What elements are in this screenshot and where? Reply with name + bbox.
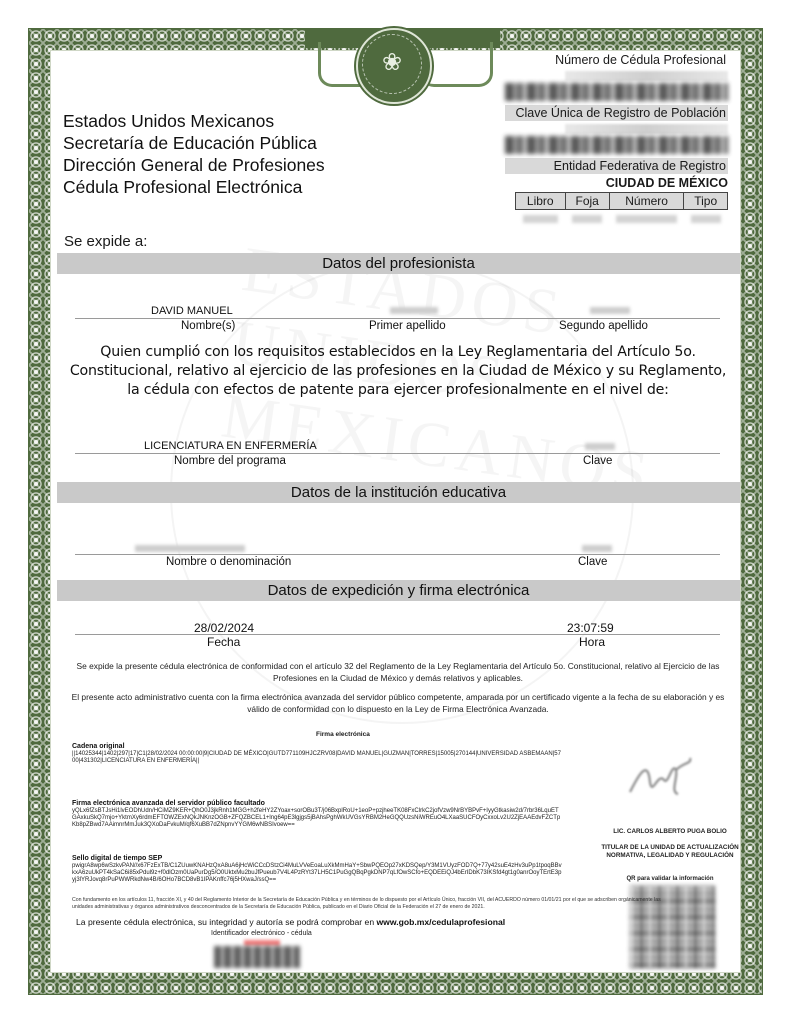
institution-line: Estados Unidos Mexicanos — [63, 110, 325, 132]
expide-label: Se expide a: — [64, 233, 147, 250]
hora-label: Hora — [579, 635, 605, 649]
sello-digital-block: Sello digital de tiempo SEP pwigrA8wp6wS… — [72, 855, 562, 884]
programa-underline — [75, 453, 720, 454]
qr-label: QR para validar la información — [590, 875, 750, 883]
fecha-value: 28/02/2024 — [194, 621, 254, 635]
tipo-redacted — [684, 210, 728, 229]
fundamento-legal: Con fundamento en los artículos 11, frac… — [72, 897, 672, 910]
foja-redacted — [565, 210, 609, 229]
handwritten-signature-icon — [620, 752, 700, 802]
nombres-label: Nombre(s) — [181, 320, 235, 332]
sello-digital-value: pwigrA8wp6wSzkvPAN//x67FzExTB/C1ZUuwKNAH… — [72, 863, 562, 883]
verify-statement: La presente cédula electrónica, su integ… — [76, 917, 505, 927]
col-foja: Foja — [565, 193, 609, 210]
firma-electronica-title: Firma electrónica — [316, 731, 370, 738]
institucion-underline — [75, 554, 720, 555]
primer-apellido-redacted — [390, 307, 438, 314]
firma-avanzada-block: Firma electrónica avanzada del servidor … — [72, 800, 562, 829]
expedicion-underline — [75, 634, 720, 635]
col-libro: Libro — [516, 193, 566, 210]
institucion-nombre-label: Nombre o denominación — [166, 556, 291, 568]
identificador-barcode — [214, 946, 300, 968]
libro-redacted — [516, 210, 566, 229]
registration-info: Número de Cédula Profesional Clave Única… — [505, 52, 728, 228]
cadena-original-value: ||14025344|1402|297|17|C1|28/02/2024 00:… — [72, 751, 561, 764]
legal-statement: Quien cumplió con los requisitos estable… — [62, 343, 734, 400]
expide-legal-paragraph: Se expide la presente cédula electrónica… — [66, 661, 730, 684]
section-expedicion: Datos de expedición y firma electrónica — [57, 580, 740, 601]
cadena-original-block: Cadena original ||14025344|1402|297|17|C… — [72, 743, 562, 765]
firma-legal-paragraph: El presente acto administrativo cuenta c… — [66, 692, 730, 715]
eagle-icon: ❀ — [378, 48, 406, 78]
cedula-barcode-redacted — [505, 83, 728, 101]
segundo-apellido-label: Segundo apellido — [559, 320, 648, 332]
programa-clave-label: Clave — [583, 455, 612, 467]
curp-redacted — [565, 124, 728, 134]
segundo-apellido-redacted — [590, 307, 630, 314]
institution-line: Secretaría de Educación Pública — [63, 132, 325, 154]
programa-value: LICENCIATURA EN ENFERMERÍA — [144, 440, 317, 452]
institution-line: Cédula Profesional Electrónica — [63, 176, 325, 198]
curp-label: Clave Única de Registro de Población — [505, 105, 728, 121]
registro-table: Libro Foja Número Tipo — [515, 192, 728, 228]
hora-value: 23:07:59 — [567, 621, 614, 635]
signer-name: LIC. CARLOS ALBERTO PUGA BOLIO — [590, 828, 750, 836]
primer-apellido-label: Primer apellido — [369, 320, 446, 332]
institution-header: Estados Unidos Mexicanos Secretaría de E… — [63, 110, 325, 198]
cedula-number-label: Número de Cédula Profesional — [505, 52, 728, 68]
entidad-value: CIUDAD DE MÉXICO — [505, 174, 728, 192]
signer-title: TITULAR DE LA UNIDAD DE ACTUALIZACIÓN NO… — [590, 844, 750, 860]
programa-clave-redacted — [585, 443, 615, 450]
cedula-number-redacted — [565, 71, 728, 81]
verify-url-link[interactable]: www.gob.mx/cedulaprofesional — [377, 917, 506, 927]
nombres-value: DAVID MANUEL — [151, 305, 233, 317]
firma-avanzada-value: yQLx6fZsBTJsHi1lvEODhUdn/HCiMZ9KER+QhO0J… — [72, 808, 560, 828]
firma-avanzada-label: Firma electrónica avanzada del servidor … — [72, 800, 562, 808]
institucion-clave-label: Clave — [578, 556, 607, 568]
curp-barcode-redacted — [505, 136, 728, 154]
section-institucion: Datos de la institución educativa — [57, 482, 740, 503]
institucion-nombre-redacted — [135, 545, 245, 552]
institution-line: Dirección General de Profesiones — [63, 154, 325, 176]
col-numero: Número — [609, 193, 684, 210]
name-underline — [75, 318, 720, 319]
entidad-label: Entidad Federativa de Registro — [505, 158, 728, 174]
fecha-label: Fecha — [207, 635, 240, 649]
sello-digital-label: Sello digital de tiempo SEP — [72, 855, 562, 863]
numero-redacted — [609, 210, 684, 229]
identificador-label: Identificador electrónico - cédula — [211, 930, 312, 937]
cadena-original-label: Cadena original — [72, 743, 562, 751]
col-tipo: Tipo — [684, 193, 728, 210]
verify-text: La presente cédula electrónica, su integ… — [76, 917, 374, 927]
programa-label: Nombre del programa — [174, 455, 286, 467]
institucion-clave-redacted — [582, 545, 612, 552]
section-profesionista: Datos del profesionista — [57, 253, 740, 274]
